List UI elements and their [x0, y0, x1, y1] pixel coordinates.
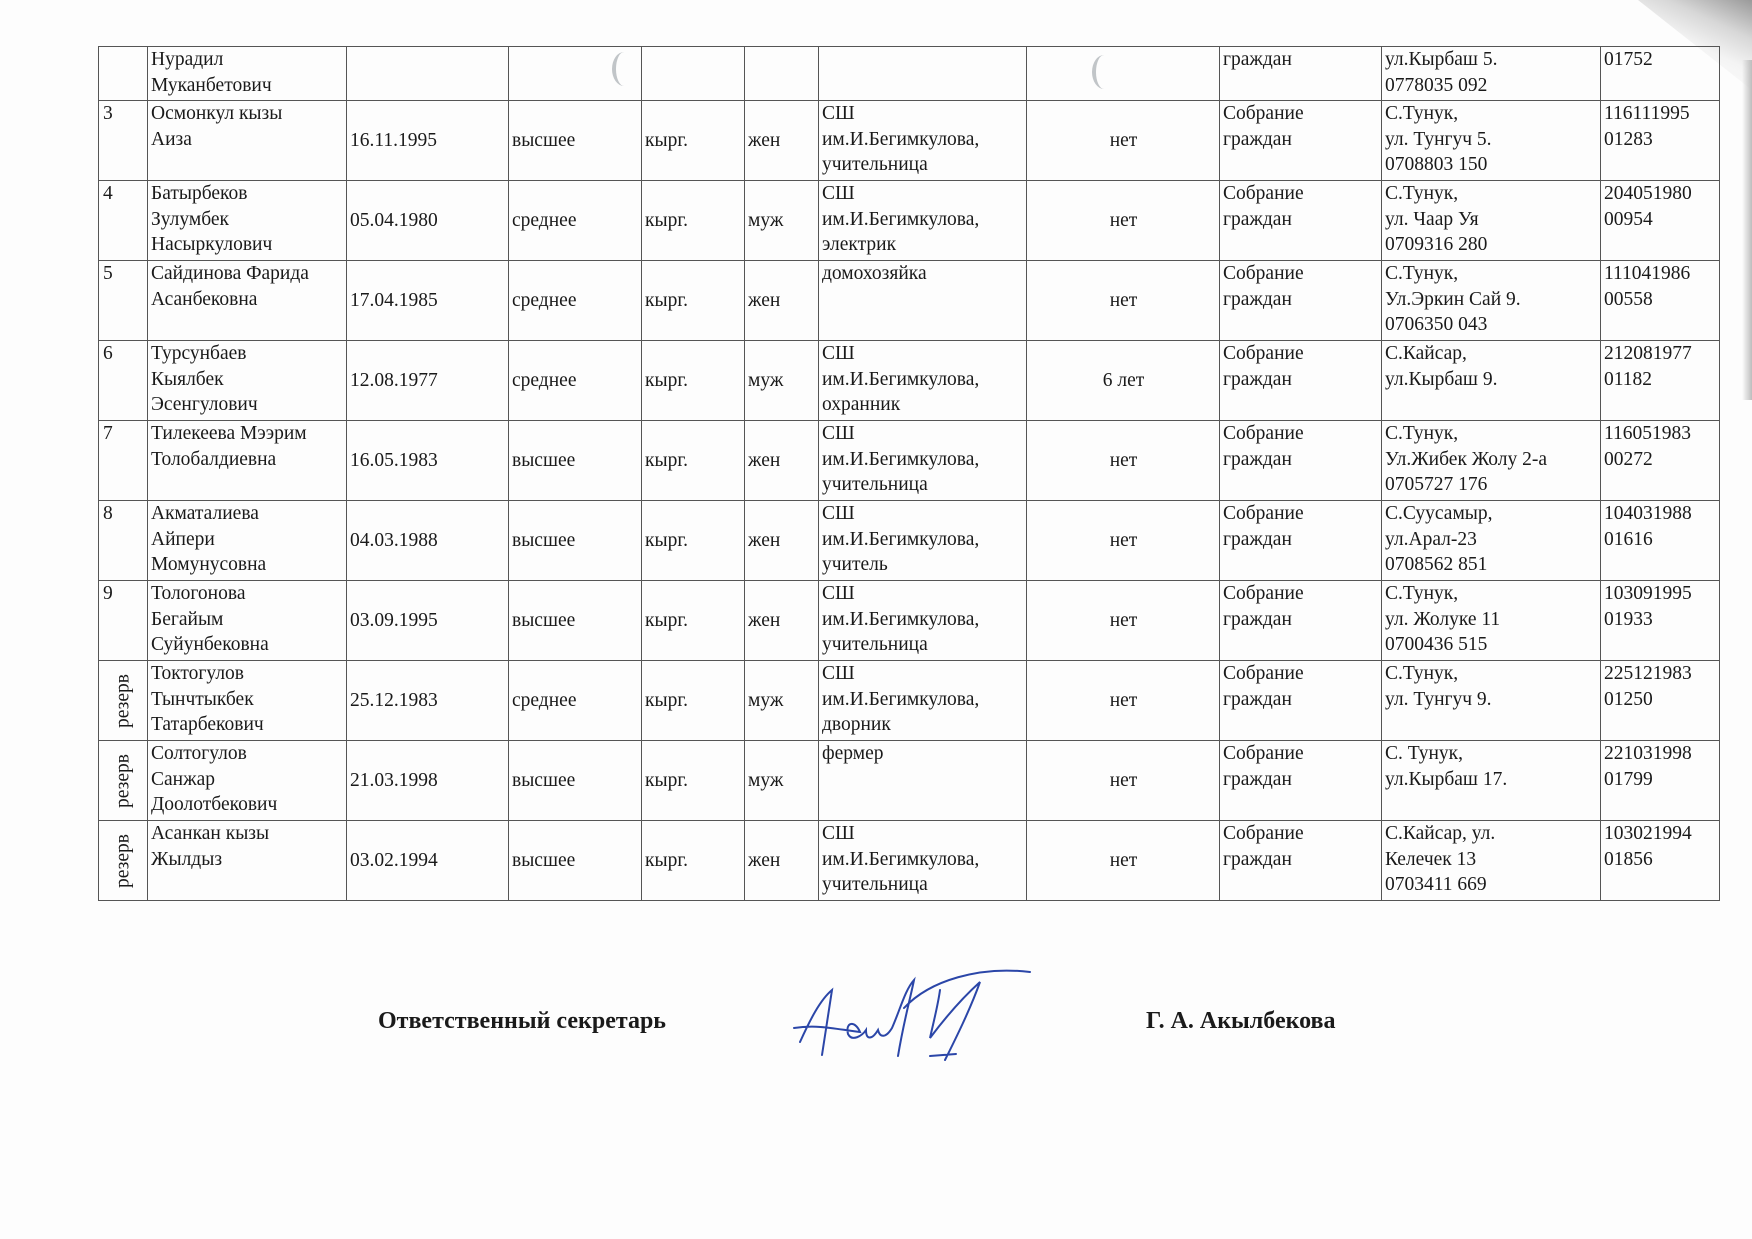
candidate-name-cell: Осмонкул кызы Аиза	[148, 101, 347, 181]
birth-date-cell: 05.04.1980	[347, 181, 509, 261]
nationality-cell: кырг.	[642, 501, 745, 581]
address-cell: С.Кайсар, ул. Келечек 13 0703411 669	[1382, 821, 1601, 901]
row-number-cell: 4	[99, 181, 148, 261]
workplace-cell: СШ им.И.Бегимкулова, учительница	[819, 581, 1027, 661]
gender-cell: муж	[745, 741, 819, 821]
education-cell: высшее	[509, 501, 642, 581]
nationality-cell: кырг.	[642, 581, 745, 661]
candidate-name-cell: Токтогулов Тынчтыкбек Татарбекович	[148, 661, 347, 741]
birth-date-cell: 12.08.1977	[347, 341, 509, 421]
gender-cell: жен	[745, 101, 819, 181]
personal-id-cell: 221031998 01799	[1601, 741, 1720, 821]
experience-cell: нет	[1027, 741, 1220, 821]
education-cell: высшее	[509, 421, 642, 501]
address-cell: С.Тунук, Ул.Эркин Сай 9. 0706350 043	[1382, 261, 1601, 341]
address-cell: С.Суусамыр, ул.Арал-23 0708562 851	[1382, 501, 1601, 581]
birth-date-cell: 03.09.1995	[347, 581, 509, 661]
nominated-by-cell: Собрание граждан	[1220, 821, 1382, 901]
gender-cell: жен	[745, 421, 819, 501]
personal-id-cell: 204051980 00954	[1601, 181, 1720, 261]
nominated-by-cell: Собрание граждан	[1220, 501, 1382, 581]
experience-cell: нет	[1027, 501, 1220, 581]
candidate-name-cell: Нурадил Муканбетович	[148, 47, 347, 101]
personal-id-cell: 01752	[1601, 47, 1720, 101]
workplace-cell: СШ им.И.Бегимкулова, дворник	[819, 661, 1027, 741]
nationality-cell: кырг.	[642, 341, 745, 421]
gender-cell: муж	[745, 181, 819, 261]
row-number-cell: резерв	[99, 821, 148, 901]
education-cell: высшее	[509, 741, 642, 821]
table-row: Нурадил Муканбетовичгражданул.Кырбаш 5. …	[99, 47, 1720, 101]
workplace-cell: СШ им.И.Бегимкулова, учительница	[819, 101, 1027, 181]
education-cell: высшее	[509, 581, 642, 661]
nominated-by-cell: Собрание граждан	[1220, 581, 1382, 661]
address-cell: С.Тунук, ул. Жолуке 11 0700436 515	[1382, 581, 1601, 661]
row-number-cell: 9	[99, 581, 148, 661]
experience-cell: нет	[1027, 261, 1220, 341]
signatory-name: Г. А. Акылбекова	[1146, 1008, 1335, 1035]
experience-cell: нет	[1027, 181, 1220, 261]
experience-cell: нет	[1027, 661, 1220, 741]
table-row: резервСолтогулов Санжар Доолотбекович21.…	[99, 741, 1720, 821]
nationality-cell	[642, 47, 745, 101]
candidate-name-cell: Тилекеева Мээрим Толобалдиевна	[148, 421, 347, 501]
candidate-name-cell: Солтогулов Санжар Доолотбекович	[148, 741, 347, 821]
nationality-cell: кырг.	[642, 101, 745, 181]
nominated-by-cell: Собрание граждан	[1220, 181, 1382, 261]
birth-date-cell: 16.11.1995	[347, 101, 509, 181]
table-row: 4Батырбеков Зулумбек Насыркулович05.04.1…	[99, 181, 1720, 261]
personal-id-cell: 116051983 00272	[1601, 421, 1720, 501]
reserve-label: резерв	[110, 674, 136, 728]
nationality-cell: кырг.	[642, 421, 745, 501]
candidate-name-cell: Акматалиева Айпери Момунусовна	[148, 501, 347, 581]
experience-cell: нет	[1027, 421, 1220, 501]
education-cell: среднее	[509, 181, 642, 261]
education-cell: среднее	[509, 661, 642, 741]
nominated-by-cell: Собрание граждан	[1220, 661, 1382, 741]
birth-date-cell: 25.12.1983	[347, 661, 509, 741]
row-number-cell: 7	[99, 421, 148, 501]
nominated-by-cell: Собрание граждан	[1220, 741, 1382, 821]
personal-id-cell: 225121983 01250	[1601, 661, 1720, 741]
gender-cell: жен	[745, 821, 819, 901]
nominated-by-cell: Собрание граждан	[1220, 261, 1382, 341]
table-row: 3Осмонкул кызы Аиза16.11.1995высшеекырг.…	[99, 101, 1720, 181]
table-row: 6Турсунбаев Кыялбек Эсенгулович12.08.197…	[99, 341, 1720, 421]
punch-hole	[1092, 55, 1116, 89]
table-row: 9 Тологонова Бегайым Суйунбековна03.09.1…	[99, 581, 1720, 661]
experience-cell: нет	[1027, 581, 1220, 661]
workplace-cell: СШ им.И.Бегимкулова, учительница	[819, 821, 1027, 901]
nationality-cell: кырг.	[642, 661, 745, 741]
candidate-name-cell: Асанкан кызы Жылдыз	[148, 821, 347, 901]
workplace-cell: СШ им.И.Бегимкулова, учительница	[819, 421, 1027, 501]
workplace-cell: СШ им.И.Бегимкулова, учитель	[819, 501, 1027, 581]
birth-date-cell: 04.03.1988	[347, 501, 509, 581]
handwritten-signature	[780, 960, 1060, 1070]
row-number-cell: 8	[99, 501, 148, 581]
personal-id-cell: 111041986 00558	[1601, 261, 1720, 341]
reserve-label: резерв	[110, 834, 136, 888]
candidates-table: Нурадил Муканбетовичгражданул.Кырбаш 5. …	[98, 46, 1720, 901]
table-row: 7 Тилекеева Мээрим Толобалдиевна16.05.19…	[99, 421, 1720, 501]
gender-cell: муж	[745, 661, 819, 741]
personal-id-cell: 103091995 01933	[1601, 581, 1720, 661]
birth-date-cell: 16.05.1983	[347, 421, 509, 501]
personal-id-cell: 104031988 01616	[1601, 501, 1720, 581]
birth-date-cell	[347, 47, 509, 101]
gender-cell: жен	[745, 501, 819, 581]
workplace-cell	[819, 47, 1027, 101]
signature-block: Ответственный секретарь Г. А. Акылбекова	[0, 1000, 1752, 1060]
nominated-by-cell: граждан	[1220, 47, 1382, 101]
workplace-cell: СШ им.И.Бегимкулова, охранник	[819, 341, 1027, 421]
candidate-name-cell: Турсунбаев Кыялбек Эсенгулович	[148, 341, 347, 421]
table-row: резервАсанкан кызы Жылдыз03.02.1994высше…	[99, 821, 1720, 901]
nominated-by-cell: Собрание граждан	[1220, 101, 1382, 181]
nominated-by-cell: Собрание граждан	[1220, 341, 1382, 421]
gender-cell: муж	[745, 341, 819, 421]
row-number-cell: 5	[99, 261, 148, 341]
gender-cell	[745, 47, 819, 101]
table-row: резервТоктогулов Тынчтыкбек Татарбекович…	[99, 661, 1720, 741]
address-cell: С.Кайсар, ул.Кырбаш 9.	[1382, 341, 1601, 421]
address-cell: С.Тунук, ул. Чаар Уя 0709316 280	[1382, 181, 1601, 261]
birth-date-cell: 17.04.1985	[347, 261, 509, 341]
candidate-name-cell: Тологонова Бегайым Суйунбековна	[148, 581, 347, 661]
candidate-name-cell: Сайдинова Фарида Асанбековна	[148, 261, 347, 341]
address-cell: С.Тунук, ул. Тунгуч 5. 0708803 150	[1382, 101, 1601, 181]
address-cell: С.Тунук, Ул.Жибек Жолу 2-а 0705727 176	[1382, 421, 1601, 501]
gender-cell: жен	[745, 581, 819, 661]
workplace-cell: домохозяйка	[819, 261, 1027, 341]
signatory-title: Ответственный секретарь	[378, 1008, 666, 1035]
workplace-cell: СШ им.И.Бегимкулова, электрик	[819, 181, 1027, 261]
birth-date-cell: 21.03.1998	[347, 741, 509, 821]
nationality-cell: кырг.	[642, 261, 745, 341]
nationality-cell: кырг.	[642, 741, 745, 821]
table-row: 8Акматалиева Айпери Момунусовна04.03.198…	[99, 501, 1720, 581]
personal-id-cell: 116111995 01283	[1601, 101, 1720, 181]
row-number-cell	[99, 47, 148, 101]
row-number-cell: резерв	[99, 661, 148, 741]
personal-id-cell: 212081977 01182	[1601, 341, 1720, 421]
education-cell: высшее	[509, 821, 642, 901]
education-cell: среднее	[509, 341, 642, 421]
address-cell: С.Тунук, ул. Тунгуч 9.	[1382, 661, 1601, 741]
row-number-cell: 3	[99, 101, 148, 181]
punch-hole	[612, 52, 636, 86]
nationality-cell: кырг.	[642, 181, 745, 261]
birth-date-cell: 03.02.1994	[347, 821, 509, 901]
education-cell: среднее	[509, 261, 642, 341]
nominated-by-cell: Собрание граждан	[1220, 421, 1382, 501]
gender-cell: жен	[745, 261, 819, 341]
address-cell: ул.Кырбаш 5. 0778035 092	[1382, 47, 1601, 101]
row-number-cell: 6	[99, 341, 148, 421]
workplace-cell: фермер	[819, 741, 1027, 821]
experience-cell: нет	[1027, 821, 1220, 901]
experience-cell: нет	[1027, 101, 1220, 181]
nationality-cell: кырг.	[642, 821, 745, 901]
page-edge-shadow	[1742, 60, 1752, 400]
row-number-cell: резерв	[99, 741, 148, 821]
table-row: 5Сайдинова Фарида Асанбековна17.04.1985с…	[99, 261, 1720, 341]
reserve-label: резерв	[110, 754, 136, 808]
address-cell: С. Тунук, ул.Кырбаш 17.	[1382, 741, 1601, 821]
education-cell: высшее	[509, 101, 642, 181]
personal-id-cell: 103021994 01856	[1601, 821, 1720, 901]
experience-cell: 6 лет	[1027, 341, 1220, 421]
experience-cell	[1027, 47, 1220, 101]
candidate-name-cell: Батырбеков Зулумбек Насыркулович	[148, 181, 347, 261]
